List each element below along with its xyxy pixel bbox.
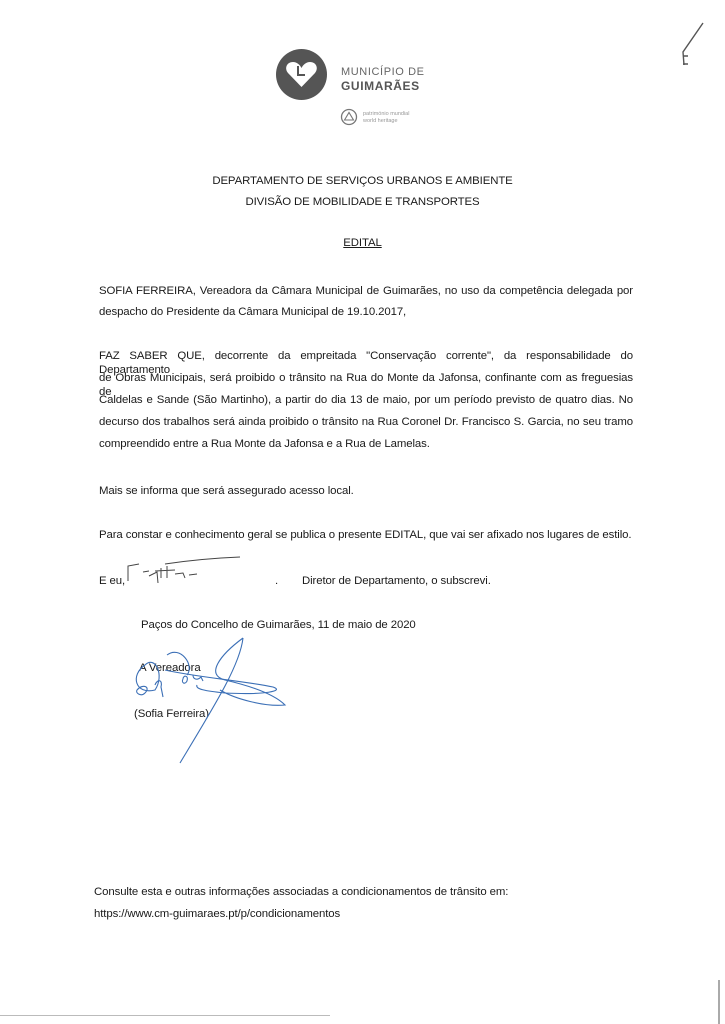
division-heading: DIVISÃO DE MOBILIDADE E TRANSPORTES [0,195,725,209]
scan-artifact-edge [718,980,720,1024]
publish-paragraph: Para constar e conhecimento geral se pub… [99,528,631,542]
subscription-dot: . [275,574,278,588]
main-line-4: decurso dos trabalhos será ainda proibid… [99,415,633,429]
subscription-suffix: Diretor de Departamento, o subscrevi. [302,574,491,588]
margin-mark-icon [675,20,715,70]
main-line-5: compreendido entre a Rua Monte da Jafons… [99,437,430,451]
department-heading: DEPARTAMENTO DE SERVIÇOS URBANOS E AMBIE… [0,174,725,188]
heritage-label: património mundial world heritage [363,111,409,125]
title-text: EDITAL [343,237,381,249]
heart-logo-icon [276,49,327,100]
edital-page: MUNICÍPIO DE GUIMARÃES património mundia… [0,0,725,1024]
world-heritage-icon [340,108,358,126]
director-signature [125,556,245,586]
place-date: Paços do Concelho de Guimarães, 11 de ma… [141,618,416,632]
consult-text: Consulte esta e outras informações assoc… [94,885,508,899]
logo-title: MUNICÍPIO DE [341,65,425,79]
heritage-line-1: património mundial [363,111,409,118]
info-url-link[interactable]: https://www.cm-guimaraes.pt/p/condiciona… [94,907,340,921]
intro-line-1: SOFIA FERREIRA, Vereadora da Câmara Muni… [99,284,633,298]
scan-artifact-line [0,1015,330,1016]
document-title: EDITAL [0,236,725,250]
intro-line-2: despacho do Presidente da Câmara Municip… [99,305,406,319]
councillor-signature [125,635,305,775]
main-line-3: Caldelas e Sande (São Martinho), a parti… [99,393,633,407]
subscription-prefix: E eu, [99,574,125,588]
logo-subtitle: GUIMARÃES [341,79,420,93]
heritage-line-2: world heritage [363,118,409,125]
access-paragraph: Mais se informa que será assegurado aces… [99,484,354,498]
